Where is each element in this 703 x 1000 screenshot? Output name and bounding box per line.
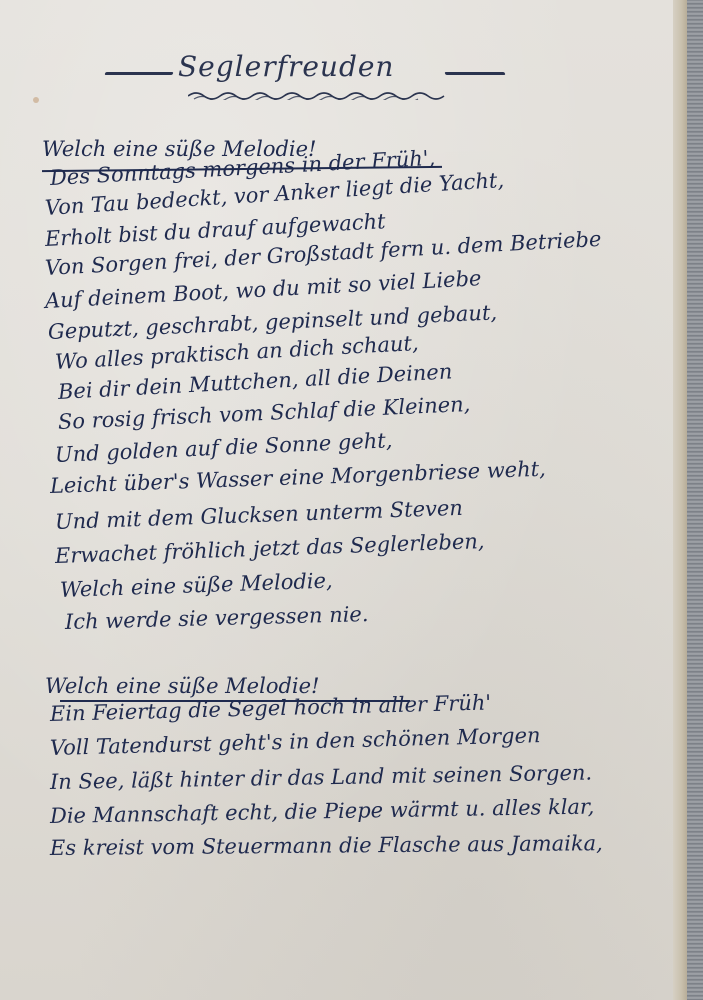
wave-underline-icon bbox=[188, 90, 453, 100]
left-flourish-arrow-icon bbox=[104, 72, 173, 75]
poem-line: Und mit dem Glucksen unterm Steven bbox=[55, 496, 464, 534]
poem-line: Die Mannschaft echt, die Piepe wärmt u. … bbox=[50, 795, 595, 828]
right-flourish-arrow-icon bbox=[444, 72, 505, 75]
paper-stain bbox=[33, 97, 39, 103]
background-fabric bbox=[687, 0, 703, 1000]
poem-line: Erwachet fröhlich jetzt das Seglerleben, bbox=[55, 529, 485, 568]
poem-title-block: Seglerfreuden bbox=[100, 50, 510, 110]
poem-title: Seglerfreuden bbox=[178, 50, 394, 83]
poem-line: In See, läßt hinter dir das Land mit sei… bbox=[50, 761, 593, 794]
stanza-2-heading: Welch eine süße Melodie! bbox=[45, 674, 320, 698]
poem-line: Und golden auf die Sonne geht, bbox=[54, 428, 392, 467]
photo-of-handwritten-page: Seglerfreuden Welch eine süße Melodie! D… bbox=[0, 0, 703, 1000]
poem-line: Es kreist vom Steuermann die Flasche aus… bbox=[50, 831, 603, 860]
notebook-page: Seglerfreuden Welch eine süße Melodie! D… bbox=[0, 0, 673, 1000]
poem-line: Ich werde sie vergessen nie. bbox=[65, 602, 369, 634]
poem-line: Welch eine süße Melodie, bbox=[60, 568, 333, 602]
page-stack-edge bbox=[672, 0, 687, 1000]
poem-line: Voll Tatendurst geht's in den schönen Mo… bbox=[50, 723, 541, 760]
